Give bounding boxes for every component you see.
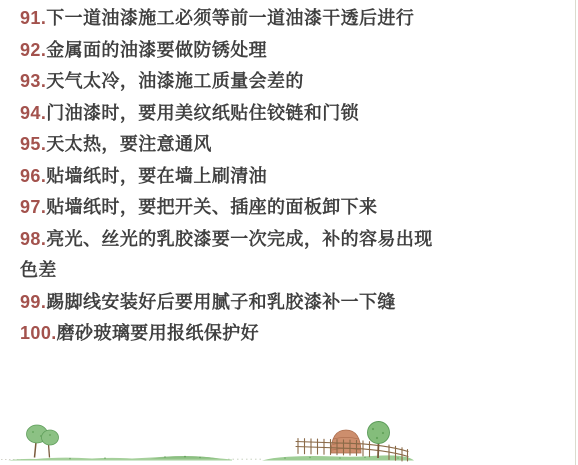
item-text: 贴墙纸时，要在墙上刷清油 — [46, 166, 267, 186]
article-page: 91.下一道油漆施工必须等前一道油漆干透后进行 92.金属面的油漆要做防锈处理 … — [0, 0, 578, 465]
item-number: 100. — [20, 323, 57, 343]
item-number: 91. — [20, 8, 46, 28]
list-item: 92.金属面的油漆要做防锈处理 — [20, 35, 538, 67]
item-text: 门油漆时，要用美纹纸贴住铰链和门锁 — [46, 103, 359, 123]
tips-list: 91.下一道油漆施工必须等前一道油漆干透后进行 92.金属面的油漆要做防锈处理 … — [20, 3, 538, 350]
grass-left-icon — [8, 456, 232, 461]
footer-illustration — [0, 413, 578, 465]
left-trees-icon — [27, 425, 59, 458]
list-item: 98.亮光、丝光的乳胶漆要一次完成，补的容易出现 色差 — [20, 224, 538, 287]
item-number: 96. — [20, 166, 46, 186]
item-number: 93. — [20, 71, 46, 91]
item-text: 贴墙纸时，要把开关、插座的面板卸下来 — [46, 197, 377, 217]
item-number: 97. — [20, 197, 46, 217]
list-item: 91.下一道油漆施工必须等前一道油漆干透后进行 — [20, 3, 538, 35]
item-number: 99. — [20, 292, 46, 312]
list-item: 99.踢脚线安装好后要用腻子和乳胶漆补一下缝 — [20, 287, 538, 319]
item-text: 天气太冷，油漆施工质量会差的 — [46, 71, 304, 91]
item-number: 92. — [20, 40, 46, 60]
grass-right-icon — [262, 455, 414, 460]
list-item: 95.天太热，要注意通风 — [20, 129, 538, 161]
item-text: 踢脚线安装好后要用腻子和乳胶漆补一下缝 — [46, 292, 396, 312]
item-text: 金属面的油漆要做防锈处理 — [46, 40, 267, 60]
list-item: 97.贴墙纸时，要把开关、插座的面板卸下来 — [20, 192, 538, 224]
item-number: 95. — [20, 134, 46, 154]
list-item: 94.门油漆时，要用美纹纸贴住铰链和门锁 — [20, 98, 538, 130]
list-item: 96.贴墙纸时，要在墙上刷清油 — [20, 161, 538, 193]
item-text: 天太热，要注意通风 — [46, 134, 212, 154]
item-text: 亮光、丝光的乳胶漆要一次完成，补的容易出现 色差 — [20, 229, 433, 281]
right-tree-icon — [368, 422, 390, 459]
page-right-border — [575, 0, 576, 465]
item-number: 98. — [20, 229, 46, 249]
list-item: 100.磨砂玻璃要用报纸保护好 — [20, 318, 538, 350]
list-item: 93.天气太冷，油漆施工质量会差的 — [20, 66, 538, 98]
item-number: 94. — [20, 103, 46, 123]
item-text: 下一道油漆施工必须等前一道油漆干透后进行 — [46, 8, 414, 28]
item-text: 磨砂玻璃要用报纸保护好 — [57, 323, 259, 343]
